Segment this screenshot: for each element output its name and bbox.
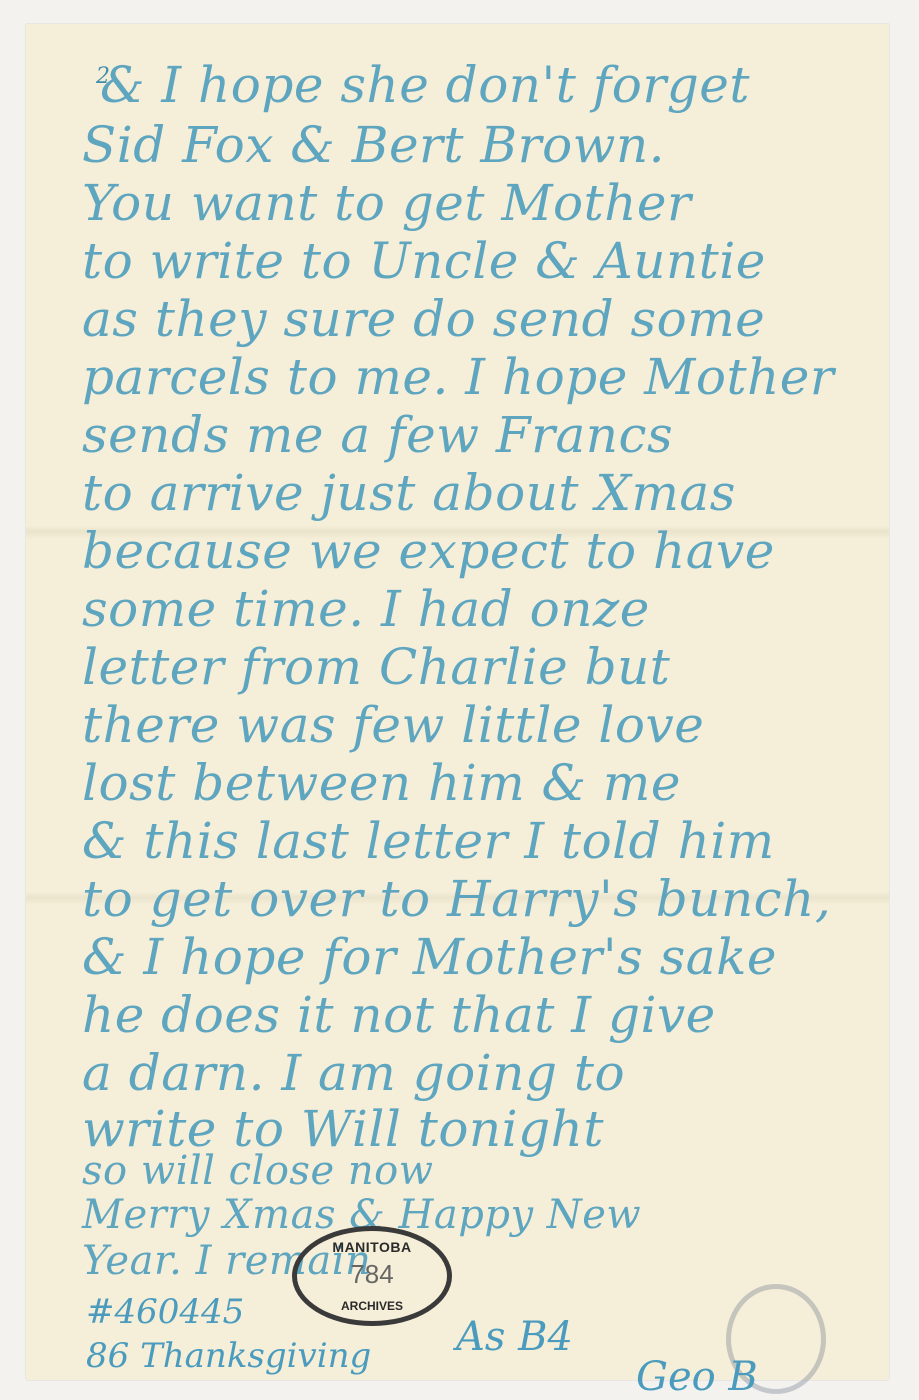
manitoba-archives-stamp: MANITOBA 784 ARCHIVES <box>292 1226 452 1326</box>
letter-line: there was few little love <box>82 696 704 754</box>
stamp-number: 784 <box>297 1259 447 1290</box>
letter-line: & I hope she don't forget <box>100 56 750 114</box>
letter-line: lost between him & me <box>82 754 681 812</box>
regimental-number: #460445 <box>86 1292 244 1332</box>
letter-line: because we expect to have <box>82 522 775 580</box>
letter-page: 2 & I hope she don't forget Sid Fox & Be… <box>26 24 889 1380</box>
letter-line: Sid Fox & Bert Brown. <box>82 116 665 174</box>
footer-note: 86 Thanksgiving <box>86 1336 371 1376</box>
letter-line: & this last letter I told him <box>82 812 775 870</box>
letter-line: & I hope for Mother's sake <box>82 928 777 986</box>
letter-line: a darn. I am going to <box>82 1044 625 1102</box>
letter-line: some time. I had onze <box>82 580 650 638</box>
closing: As B4 <box>456 1314 573 1360</box>
signature: Geo B <box>636 1354 758 1400</box>
letter-line: parcels to me. I hope Mother <box>82 348 834 406</box>
letter-line: so will close now <box>82 1148 433 1194</box>
letter-line: letter from Charlie but <box>82 638 670 696</box>
stamp-bottom-text: ARCHIVES <box>297 1299 447 1313</box>
letter-line: to get over to Harry's bunch, <box>82 870 831 928</box>
letter-line: sends me a few Francs <box>82 406 673 464</box>
letter-line: You want to get Mother <box>82 174 691 232</box>
letter-line: as they sure do send some <box>82 290 765 348</box>
stamp-top-text: MANITOBA <box>297 1239 447 1255</box>
letter-line: to write to Uncle & Auntie <box>82 232 766 290</box>
letter-line: to arrive just about Xmas <box>82 464 736 522</box>
letter-line: he does it not that I give <box>82 986 716 1044</box>
